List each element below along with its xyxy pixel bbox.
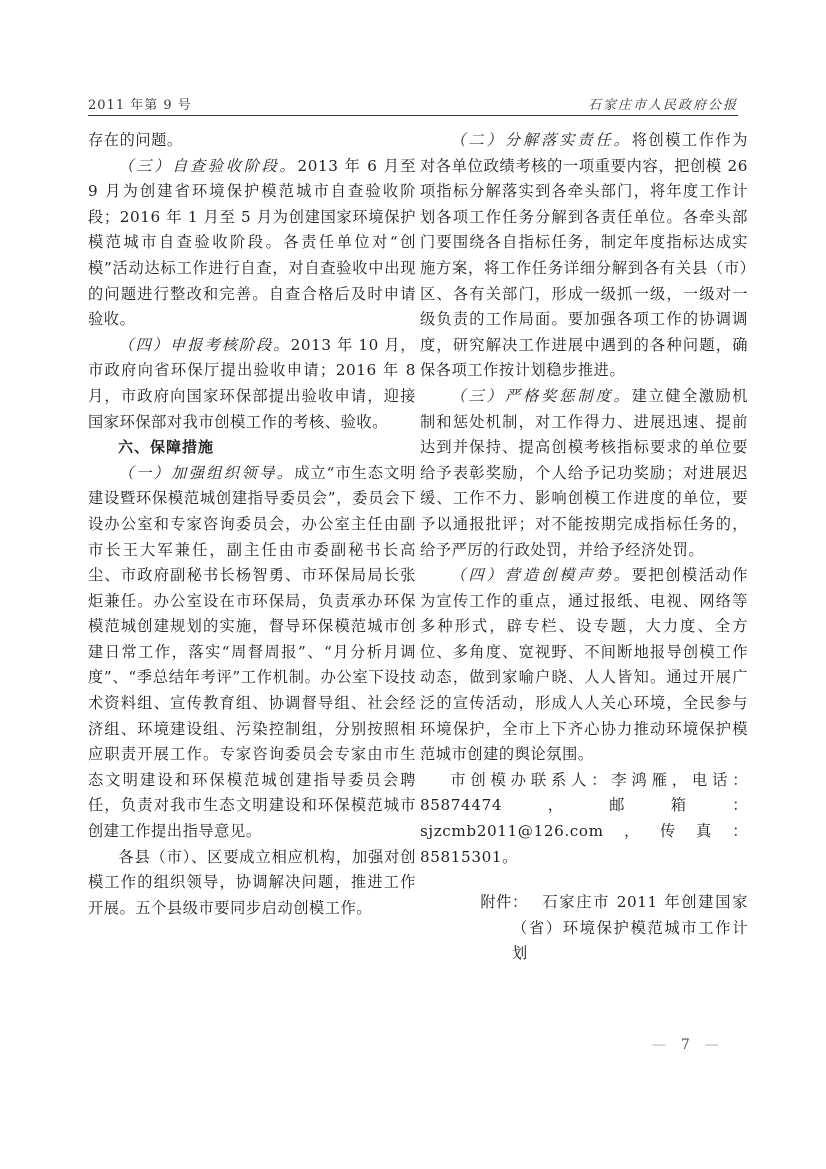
paragraph: 存在的问题。: [88, 128, 416, 154]
left-column: 存在的问题。 （三）自查验收阶段。2013 年 6 月至 9 月为创建省环境保护…: [88, 128, 416, 921]
publication-title: 石家庄市人民政府公报: [588, 94, 738, 113]
paragraph-lead: （三）自查验收阶段。: [118, 157, 297, 175]
right-column: （二）分解落实责任。将创模工作作为对各单位政绩考核的一项重要内容，把创模 26 …: [420, 128, 748, 967]
spacer: [420, 870, 748, 890]
paragraph: （三）严格奖惩制度。建立健全激励机制和惩处机制，对工作得力、进展迅速、提前达到并…: [420, 384, 748, 563]
paragraph-body: 成立“市生态文明建设暨环保模范城创建指导委员会”，委员会下设办公室和专家咨询委员…: [88, 464, 416, 840]
paragraph-body: 将创模工作作为对各单位政绩考核的一项重要内容，把创模 26 项指标分解落实到各牵…: [420, 131, 748, 379]
paragraph-lead: （三）严格奖惩制度。: [450, 387, 631, 405]
paragraph: （三）自查验收阶段。2013 年 6 月至 9 月为创建省环境保护模范城市自查验…: [88, 154, 416, 333]
attachment-label: 附件：: [450, 890, 528, 916]
paragraph: （四）营造创模声势。要把创模活动作为宣传工作的重点，通过报纸、电视、网络等多种形…: [420, 563, 748, 768]
paragraph-lead: （四）申报考核阶段。: [118, 336, 290, 354]
paragraph-lead: （二）分解落实责任。: [450, 131, 631, 149]
paragraph: （一）加强组织领导。成立“市生态文明建设暨环保模范城创建指导委员会”，委员会下设…: [88, 461, 416, 845]
dash-right: —: [705, 1037, 721, 1053]
issue-number: 2011 年第 9 号: [88, 94, 192, 113]
running-header: 2011 年第 9 号 石家庄市人民政府公报: [88, 92, 738, 114]
paragraph-body: 建立健全激励机制和惩处机制，对工作得力、进展迅速、提前达到并保持、提高创模考核指…: [420, 387, 748, 559]
paragraph-lead: （四）营造创模声势。: [450, 566, 631, 584]
paragraph-body: 要把创模活动作为宣传工作的重点，通过报纸、电视、网络等多种形式，辟专栏、设专题，…: [420, 566, 748, 763]
page-number: 7: [681, 1037, 692, 1053]
header-rule: [88, 115, 738, 116]
paragraph: 各县（市）、区要成立相应机构，加强对创模工作的组织领导，协调解决问题，推进工作开…: [88, 845, 416, 922]
contact-info: 市创模办联系人：李鸿雁，电话：85874474，邮箱：sjzcmb2011@12…: [420, 768, 748, 870]
page-number-footer: — 7 —: [652, 1037, 721, 1053]
paragraph: （四）申报考核阶段。2013 年 10 月，市政府向省环保厅提出验收申请；201…: [88, 333, 416, 435]
attachment-note: 附件：石家庄市 2011 年创建国家（省）环境保护模范城市工作计划: [420, 890, 748, 967]
paragraph-body: 2013 年 6 月至 9 月为创建省环境保护模范城市自查验收阶段；2016 年…: [88, 157, 416, 329]
paragraph-lead: （一）加强组织领导。: [118, 464, 294, 482]
section-heading: 六、保障措施: [88, 435, 416, 461]
dash-left: —: [652, 1037, 668, 1053]
attachment-title: 石家庄市 2011 年创建国家（省）环境保护模范城市工作计划: [512, 893, 748, 962]
paragraph: （二）分解落实责任。将创模工作作为对各单位政绩考核的一项重要内容，把创模 26 …: [420, 128, 748, 384]
